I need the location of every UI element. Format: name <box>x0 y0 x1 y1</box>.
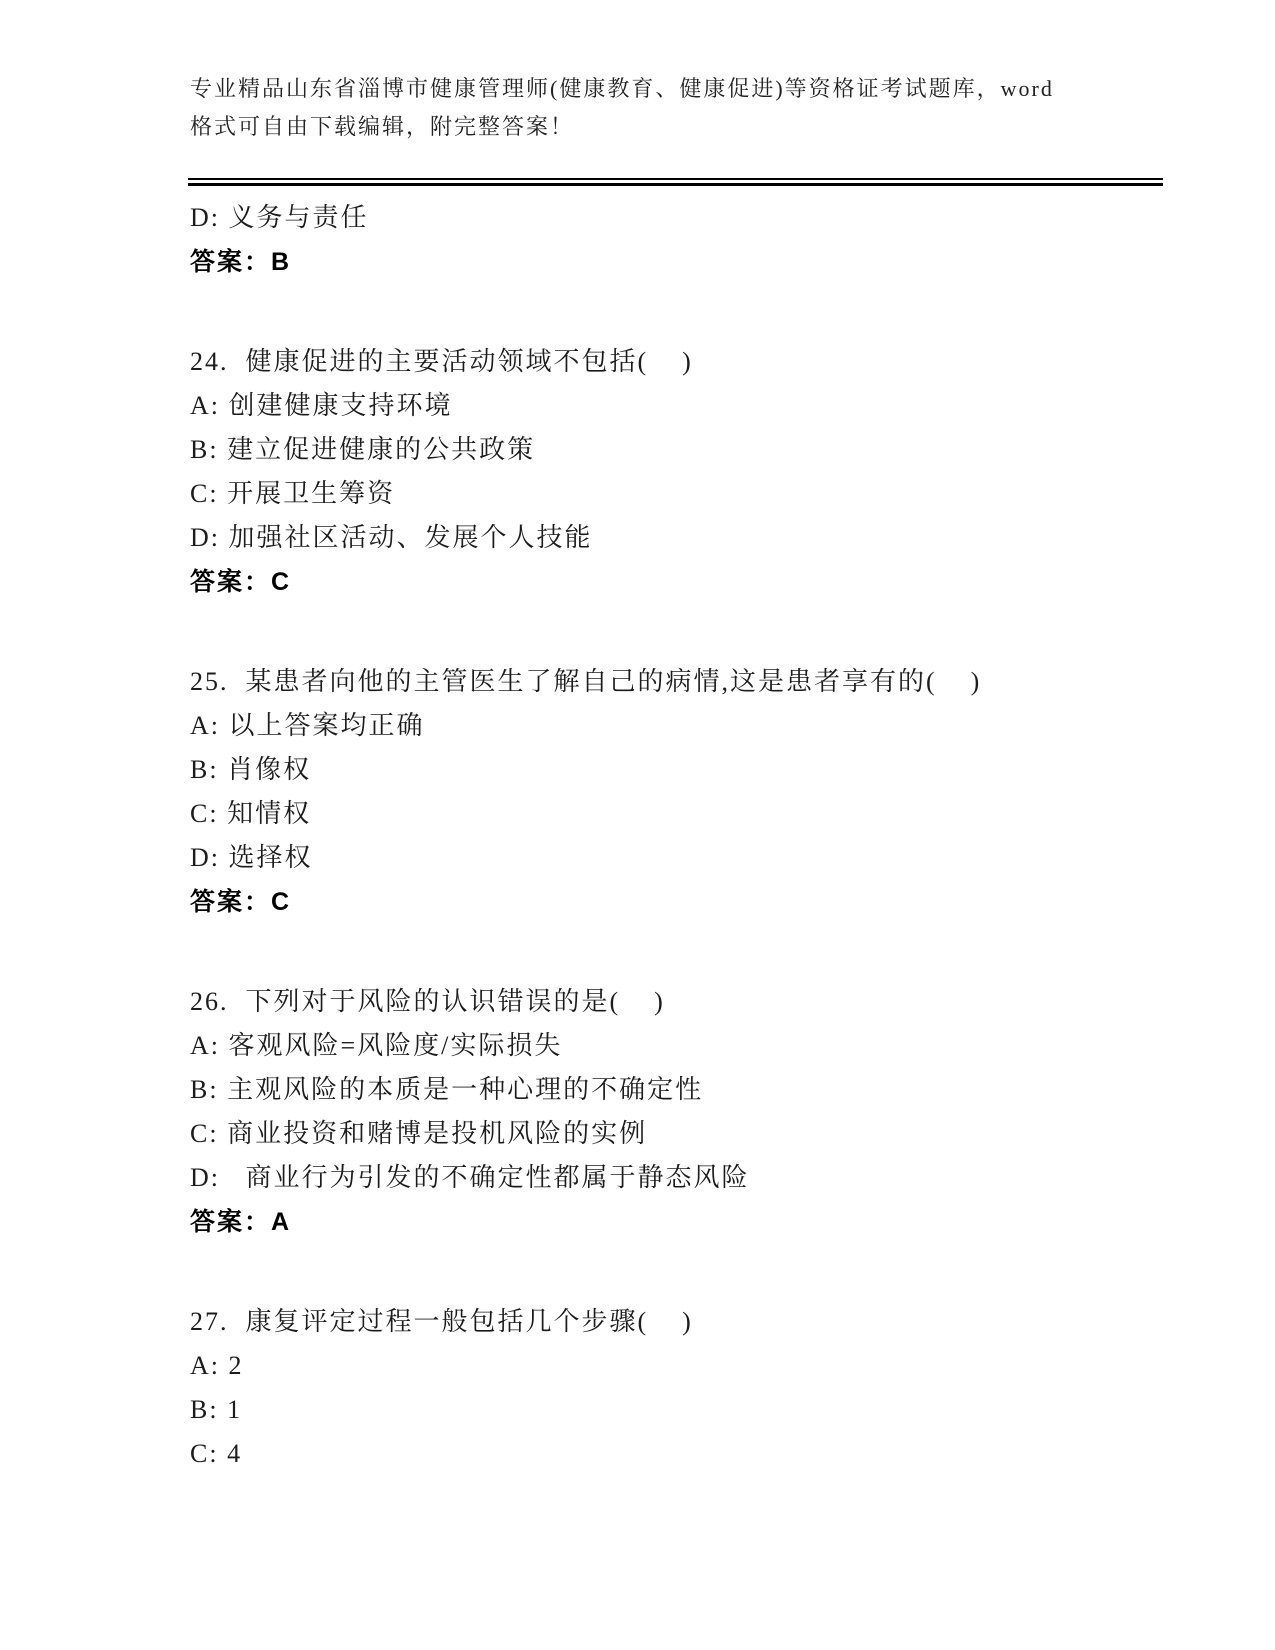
question-block-25: 25. 某患者向他的主管医生了解自己的病情,这是患者享有的( ) A: 以上答案… <box>190 660 1150 924</box>
question-25-option-a: A: 以上答案均正确 <box>190 704 1150 748</box>
header-divider <box>188 178 1163 186</box>
question-24-answer: 答案：C <box>190 560 1150 604</box>
document-page: 专业精品山东省淄博市健康管理师(健康教育、健康促进)等资格证考试题库，word … <box>0 0 1275 1650</box>
question-27-option-b: B: 1 <box>190 1388 1150 1432</box>
question-block-24: 24. 健康促进的主要活动领域不包括( ) A: 创建健康支持环境 B: 建立促… <box>190 340 1150 604</box>
header-line-2: 格式可自由下载编辑，附完整答案！ <box>190 108 1090 146</box>
document-body: D: 义务与责任 答案：B 24. 健康促进的主要活动领域不包括( ) A: 创… <box>190 196 1150 1476</box>
question-25-option-b: B: 肖像权 <box>190 748 1150 792</box>
question-27-text: 27. 康复评定过程一般包括几个步骤( ) <box>190 1300 1150 1344</box>
question-block-26: 26. 下列对于风险的认识错误的是( ) A: 客观风险=风险度/实际损失 B:… <box>190 980 1150 1244</box>
question-25-answer: 答案：C <box>190 880 1150 924</box>
question-26-option-d: D: 商业行为引发的不确定性都属于静态风险 <box>190 1156 1150 1200</box>
question-25-option-c: C: 知情权 <box>190 792 1150 836</box>
question-24-option-d: D: 加强社区活动、发展个人技能 <box>190 516 1150 560</box>
page-header: 专业精品山东省淄博市健康管理师(健康教育、健康促进)等资格证考试题库，word … <box>190 70 1090 146</box>
header-line-1: 专业精品山东省淄博市健康管理师(健康教育、健康促进)等资格证考试题库，word <box>190 70 1090 108</box>
question-26-option-c: C: 商业投资和赌博是投机风险的实例 <box>190 1112 1150 1156</box>
question-27-option-c: C: 4 <box>190 1432 1150 1476</box>
question-26-option-a: A: 客观风险=风险度/实际损失 <box>190 1024 1150 1068</box>
question-26-text: 26. 下列对于风险的认识错误的是( ) <box>190 980 1150 1024</box>
question-24-option-c: C: 开展卫生筹资 <box>190 472 1150 516</box>
question-26-answer: 答案：A <box>190 1200 1150 1244</box>
carryover-answer: 答案：B <box>190 240 1150 284</box>
question-24-option-b: B: 建立促进健康的公共政策 <box>190 428 1150 472</box>
question-27-option-a: A: 2 <box>190 1344 1150 1388</box>
question-25-option-d: D: 选择权 <box>190 836 1150 880</box>
question-block-27: 27. 康复评定过程一般包括几个步骤( ) A: 2 B: 1 C: 4 <box>190 1300 1150 1476</box>
question-24-text: 24. 健康促进的主要活动领域不包括( ) <box>190 340 1150 384</box>
carryover-option-d: D: 义务与责任 <box>190 196 1150 240</box>
question-26-option-b: B: 主观风险的本质是一种心理的不确定性 <box>190 1068 1150 1112</box>
question-24-option-a: A: 创建健康支持环境 <box>190 384 1150 428</box>
question-25-text: 25. 某患者向他的主管医生了解自己的病情,这是患者享有的( ) <box>190 660 1150 704</box>
